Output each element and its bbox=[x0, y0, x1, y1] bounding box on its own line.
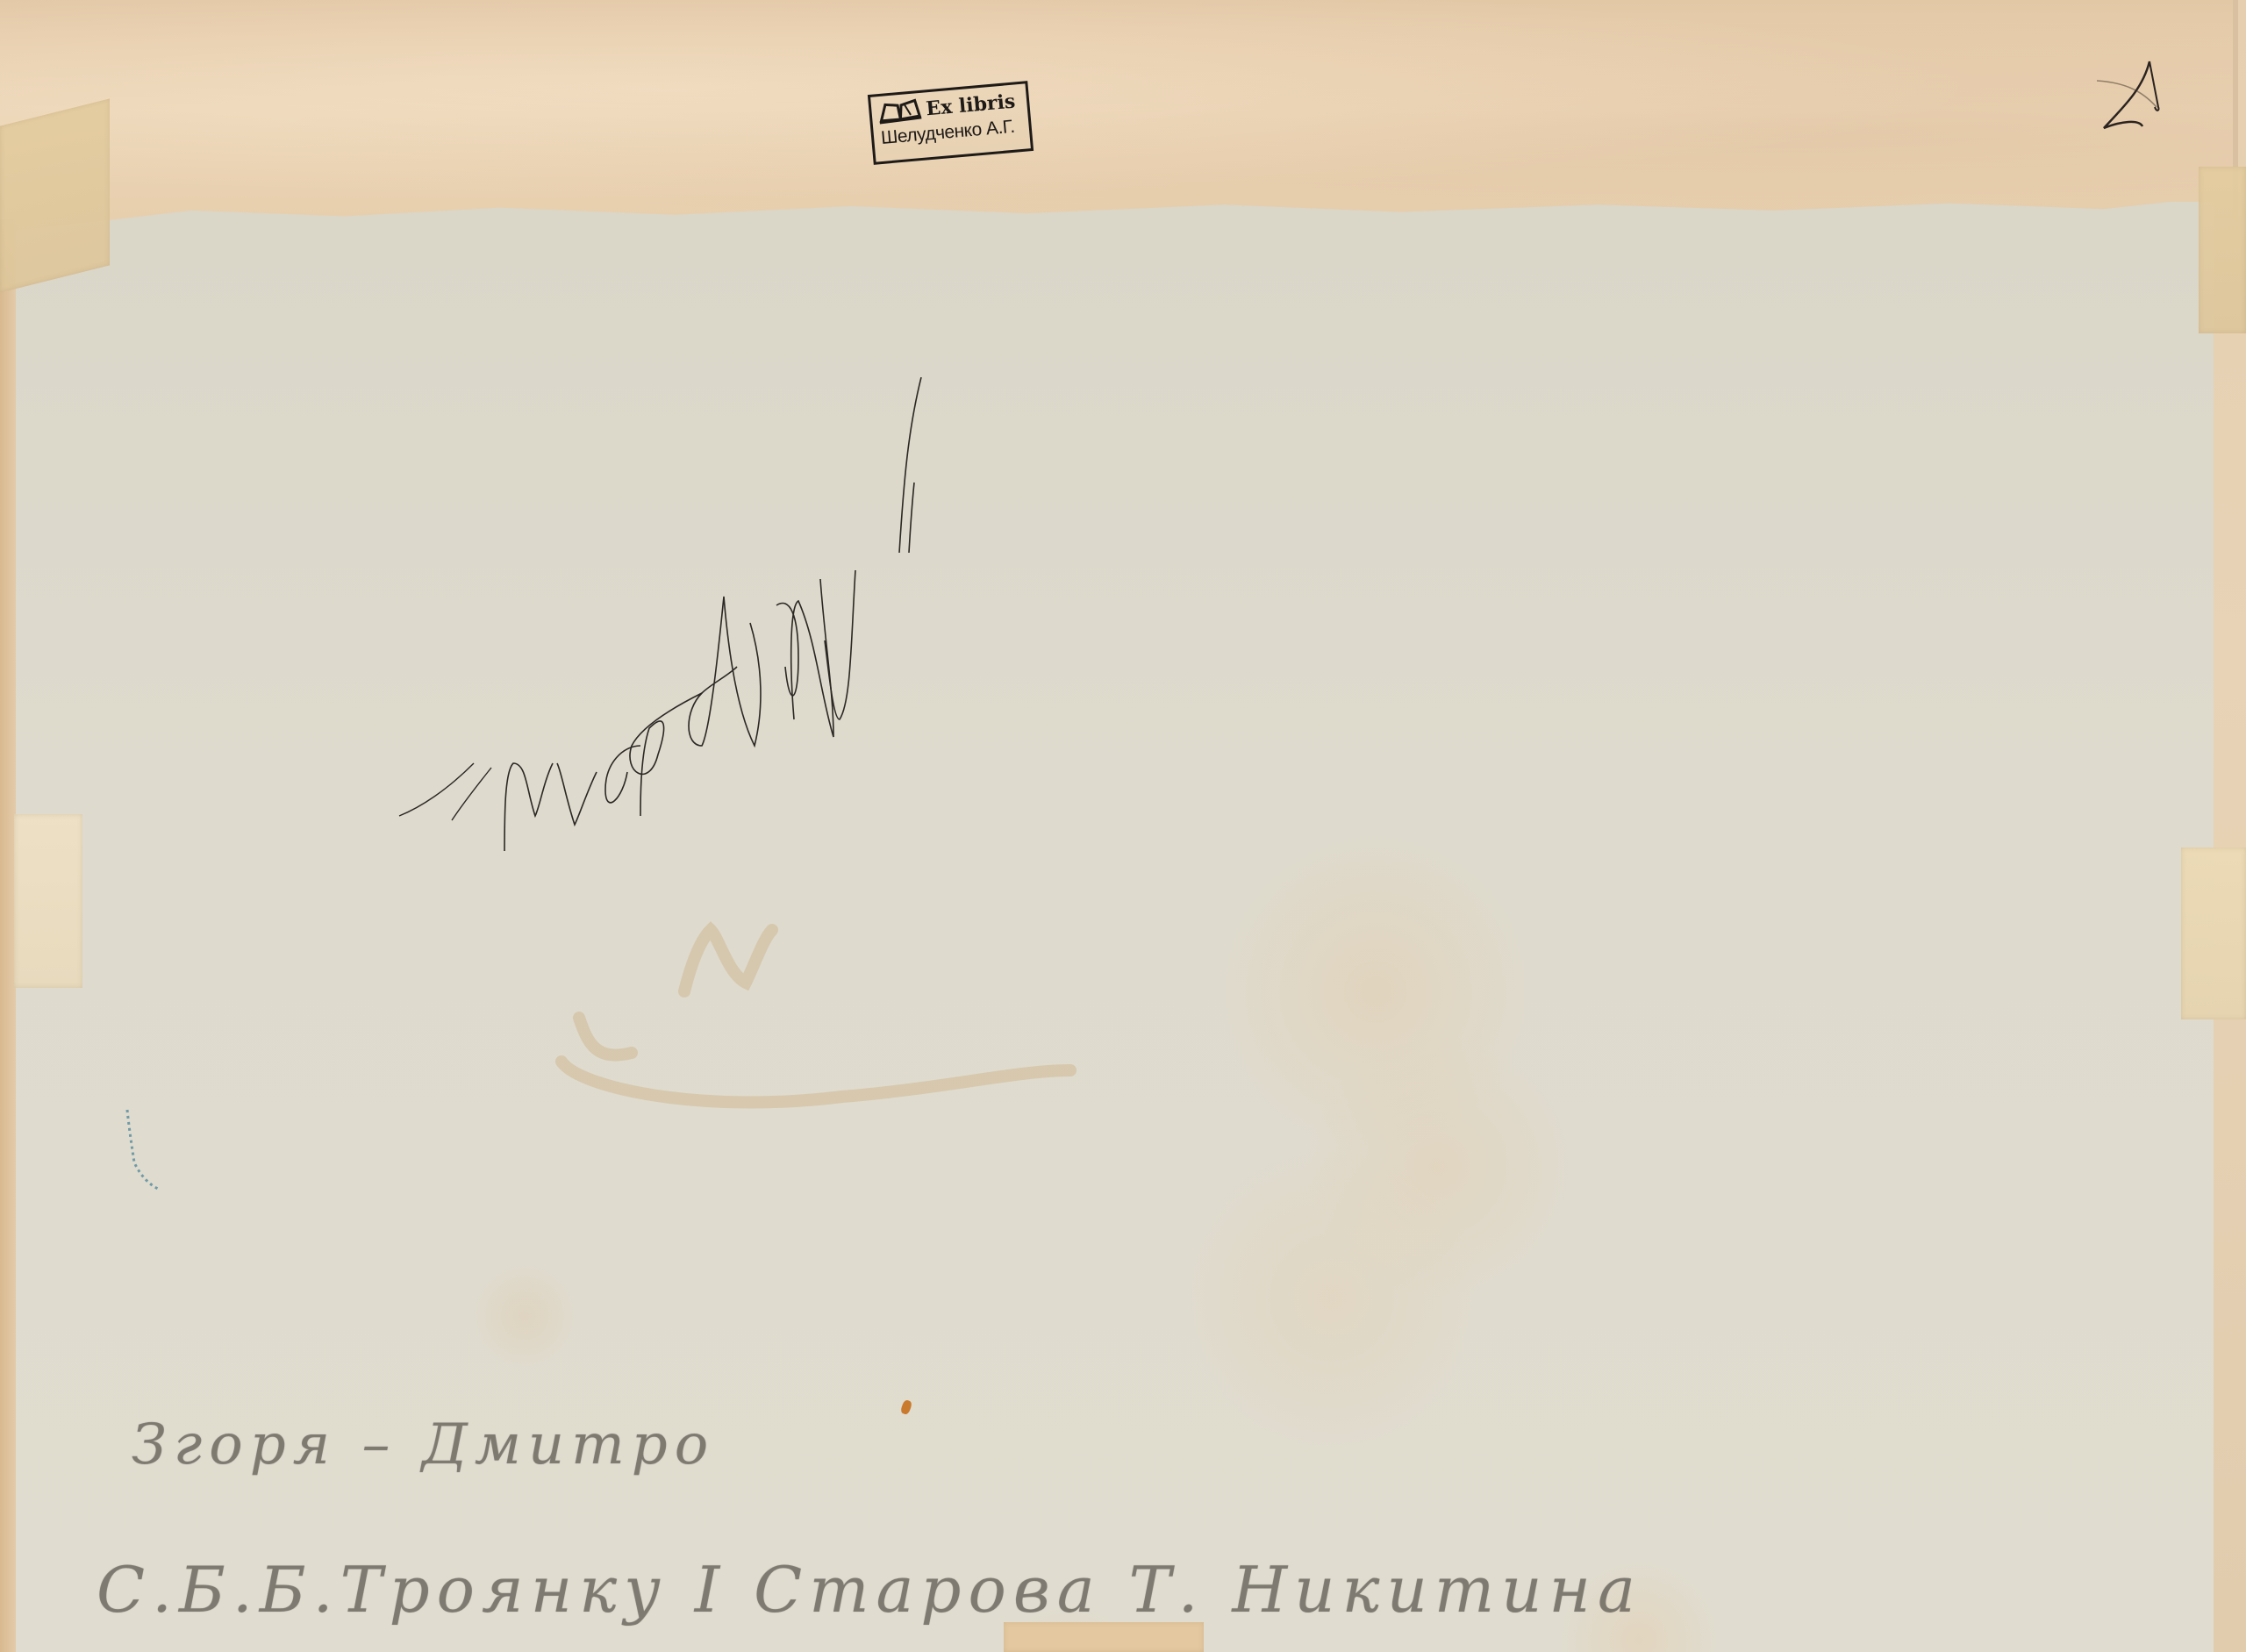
pencil-inscription-line-2: С.Б.Б.Троянку І Старова Т. Никитина bbox=[97, 1553, 1642, 1627]
faint-stain-marks bbox=[526, 886, 1123, 1132]
ex-libris-stamp: Ex libris Шелудченко А.Г. bbox=[868, 81, 1034, 165]
tape-bottom-center bbox=[1004, 1622, 1204, 1652]
pen-signature bbox=[377, 377, 974, 851]
tape-middle-left bbox=[14, 814, 82, 988]
tape-top-right bbox=[2199, 167, 2246, 333]
tape-middle-right bbox=[2181, 847, 2246, 1019]
top-paper-strip bbox=[0, 0, 2238, 219]
stamp-title: Ex libris bbox=[926, 92, 1017, 119]
tape-top-left bbox=[0, 98, 110, 292]
open-book-icon bbox=[878, 98, 922, 125]
pencil-inscription-line-1: Згоря – Дмитро bbox=[132, 1412, 715, 1477]
corner-letter-mark bbox=[2097, 54, 2167, 133]
blue-ink-mark bbox=[110, 1092, 162, 1198]
